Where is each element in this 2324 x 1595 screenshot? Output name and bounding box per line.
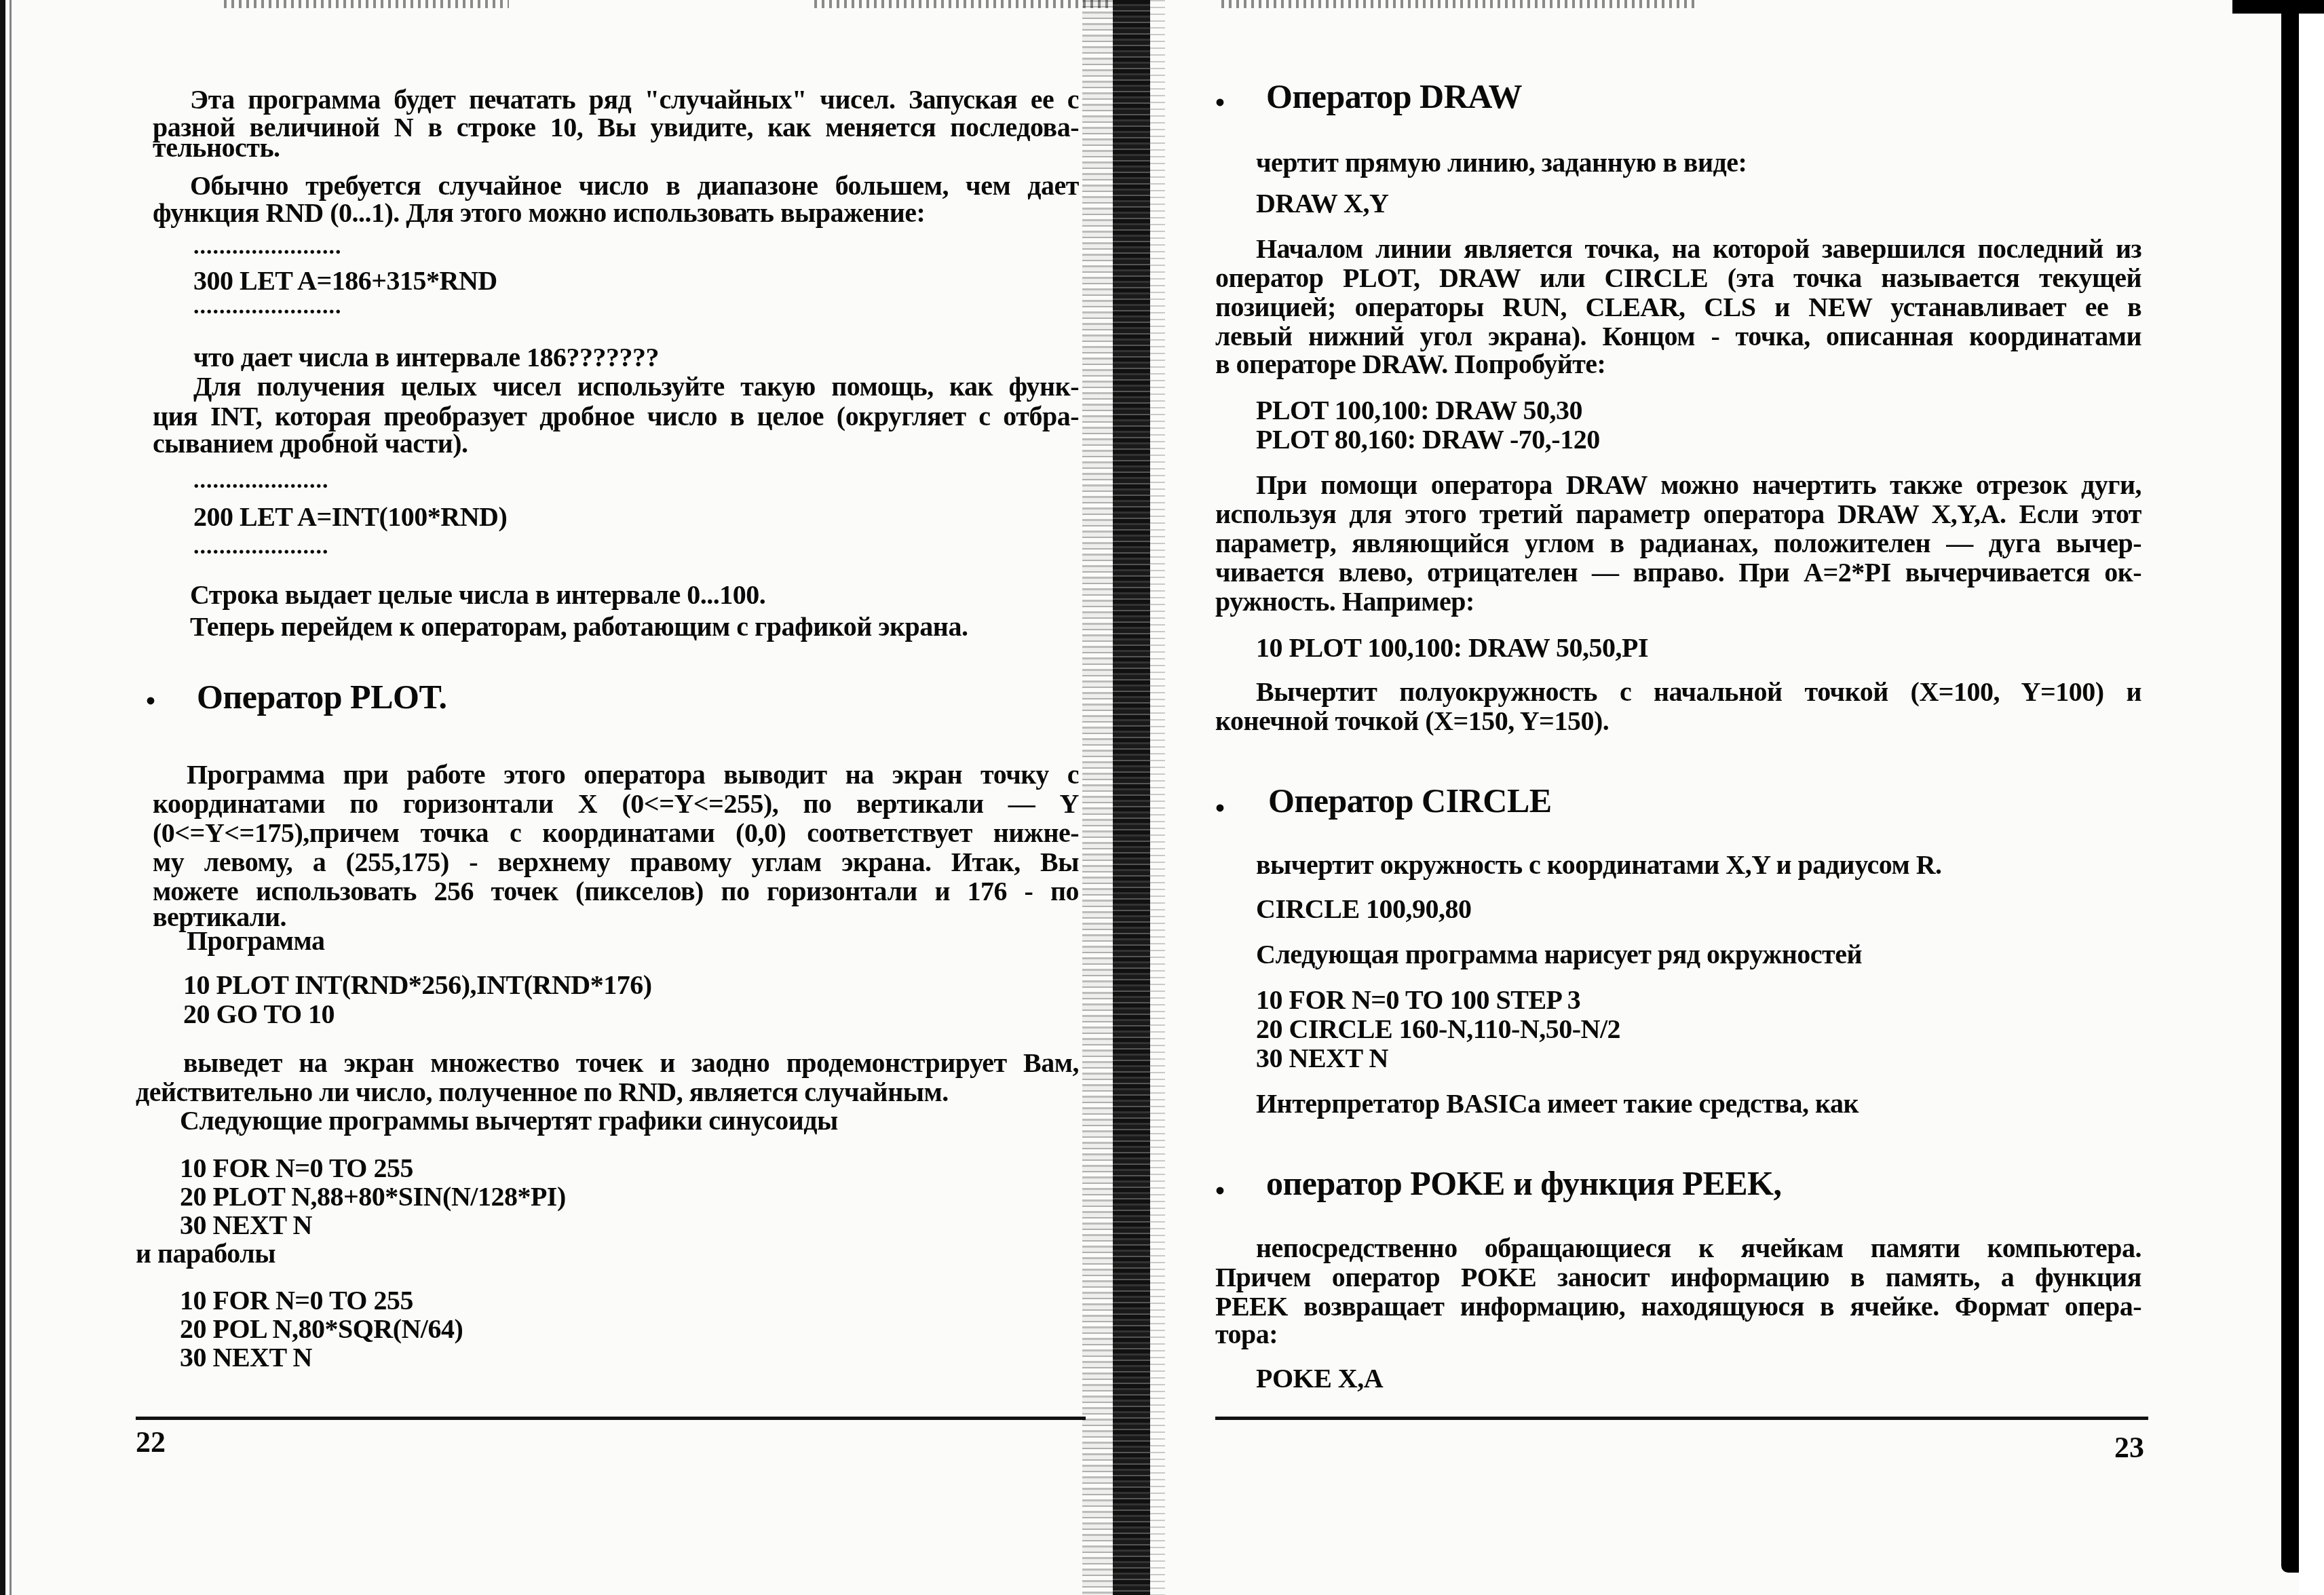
book-gutter (1113, 0, 1150, 1595)
code-line: POKE X,A (1256, 1364, 1383, 1394)
code-line: 30 NEXT N (1256, 1043, 1388, 1073)
scan-left-border-line (9, 0, 12, 1595)
code-line: 10 FOR N=0 TO 100 STEP 3 (1256, 985, 1580, 1015)
book-spread-scan: Эта программа будет печатать ряд "случай… (0, 0, 2324, 1595)
code-line: 20 POL N,80*SQR(N/64) (180, 1314, 463, 1344)
paragraph-line: Следующие программы вычертят графики син… (180, 1106, 838, 1136)
paragraph-line: (0<=Y<=175),причем точка с координатами … (153, 818, 1079, 848)
paragraph-line: вычертит окружность с координатами X,Y и… (1256, 850, 1942, 880)
paragraph-line: Эта программа будет печатать ряд "случай… (153, 85, 1079, 115)
code-line: PLOT 100,100: DRAW 50,30 (1256, 396, 1582, 425)
paragraph-line: PEEK возвращает информацию, находящуюся … (1215, 1292, 2141, 1322)
paragraph-line: Началом линии является точка, на которой… (1215, 234, 2141, 264)
footer-rule (1215, 1417, 2148, 1420)
paragraph-line: Причем оператор POKE заносит информацию … (1215, 1263, 2141, 1292)
section-heading-draw: Оператор DRAW (1266, 81, 1522, 111)
ellipsis-separator: ..................... (193, 468, 329, 494)
paragraph-line: му левому, а (255,175) - верхнему правом… (153, 847, 1079, 877)
paragraph-line: действительно ли число, полученное по RN… (136, 1077, 949, 1107)
code-line: 10 FOR N=0 TO 255 (180, 1153, 413, 1183)
left-page: Эта программа будет печатать ряд "случай… (153, 0, 1079, 1595)
ellipsis-separator: ....................... (193, 294, 342, 320)
section-heading-circle: Оператор CIRCLE (1268, 786, 1552, 815)
bullet-icon: • (1215, 792, 1225, 824)
footer-rule (136, 1417, 1086, 1420)
code-line: 30 NEXT N (180, 1210, 312, 1240)
paragraph-line: функция RND (0...1). Для этого можно исп… (153, 198, 925, 228)
paragraph-line: выведет на экран множество точек и заодн… (153, 1048, 1079, 1078)
code-line: CIRCLE 100,90,80 (1256, 894, 1472, 924)
paragraph-line: что дает числа в интервале 186??????? (193, 343, 659, 372)
code-line: 10 PLOT 100,100: DRAW 50,50,PI (1256, 633, 1648, 663)
code-line: 30 NEXT N (180, 1343, 312, 1372)
gutter-shadow (1150, 0, 1165, 1595)
paragraph-line: разной величиной N в строке 10, Вы увиди… (153, 113, 1079, 142)
paragraph-line: Теперь перейдем к операторам, работающим… (190, 612, 968, 642)
gutter-shadow (1082, 0, 1113, 1595)
page-number: 22 (136, 1425, 166, 1459)
right-page: • Оператор DRAW чертит прямую линию, зад… (1215, 0, 2142, 1595)
paragraph-line: используя для этого третий параметр опер… (1215, 499, 2141, 529)
paragraph-line: и параболы (136, 1239, 275, 1269)
paragraph-line: Строка выдает целые числа в интервале 0.… (190, 580, 765, 610)
paragraph-line: позицией; операторы RUN, CLEAR, CLS и NE… (1215, 292, 2141, 322)
code-line: PLOT 80,160: DRAW -70,-120 (1256, 425, 1600, 455)
ellipsis-separator: ..................... (193, 534, 329, 560)
code-line: 20 CIRCLE 160-N,110-N,50-N/2 (1256, 1014, 1620, 1044)
paragraph-line: Для получения целых чисел используйте та… (153, 372, 1079, 402)
paragraph-line: чивается влево, отрицателен — вправо. Пр… (1215, 558, 2141, 588)
code-line: 300 LET A=186+315*RND (193, 266, 497, 296)
paragraph-line: ция INT, которая преобразует дробное чис… (153, 402, 1079, 431)
paragraph-line: параметр, являющийся углом в радианах, п… (1215, 529, 2141, 558)
section-heading-plot: Оператор PLOT. (197, 682, 447, 712)
code-line: 20 PLOT N,88+80*SIN(N/128*PI) (180, 1182, 566, 1212)
paragraph-line: тора: (1215, 1320, 1278, 1349)
paragraph-line: координатами по горизонтали X (0<=Y<=255… (153, 789, 1079, 819)
paragraph-line: чертит прямую линию, заданную в виде: (1256, 148, 1747, 178)
bullet-icon: • (1215, 87, 1225, 119)
code-line: 10 FOR N=0 TO 255 (180, 1286, 413, 1315)
paragraph-line: Интерпретатор BASICa имеет такие средств… (1256, 1089, 1859, 1119)
section-heading-poke: оператор POKE и функция PEEK, (1266, 1168, 1781, 1198)
paragraph-line: сыванием дробной части). (153, 429, 468, 459)
scan-top-right-band (2232, 0, 2324, 14)
paragraph-line: конечной точкой (X=150, Y=150). (1215, 706, 1609, 736)
scan-left-border (0, 0, 5, 1595)
paragraph-line: оператор PLOT, DRAW или CIRCLE (эта точк… (1215, 263, 2141, 293)
paragraph-line: Вычертит полуокружность с начальной точк… (1215, 677, 2141, 707)
bullet-icon: • (1215, 1175, 1225, 1207)
ellipsis-separator: ....................... (193, 234, 342, 260)
paragraph-line: Обычно требуется случайное число в диапа… (153, 171, 1079, 201)
program-label: Программа (187, 926, 325, 956)
paragraph-line: Следующая программа нарисует ряд окружно… (1256, 940, 1862, 969)
code-line: DRAW X,Y (1256, 189, 1388, 218)
paragraph-line: тельность. (153, 133, 280, 163)
paragraph-line: можете использовать 256 точек (пикселов)… (153, 877, 1079, 906)
scan-right-border (2281, 12, 2299, 1573)
page-number: 23 (2114, 1430, 2144, 1465)
paragraph-line: в операторе DRAW. Попробуйте: (1215, 349, 1605, 379)
paragraph-line: ружность. Например: (1215, 587, 1474, 617)
code-line: 10 PLOT INT(RND*256),INT(RND*176) (183, 970, 652, 1000)
code-line: 200 LET A=INT(100*RND) (193, 502, 507, 532)
paragraph-line: непосредственно обращающиеся к ячейкам п… (1215, 1233, 2141, 1263)
code-line: 20 GO TO 10 (183, 999, 335, 1029)
scan-right-margin (2299, 14, 2324, 1595)
bullet-icon: • (146, 685, 155, 717)
paragraph-line: Программа при работе этого оператора выв… (153, 760, 1079, 790)
paragraph-line: При помощи оператора DRAW можно начертит… (1215, 470, 2141, 500)
paragraph-line: левый нижний угол экрана). Концом - точк… (1215, 322, 2141, 351)
